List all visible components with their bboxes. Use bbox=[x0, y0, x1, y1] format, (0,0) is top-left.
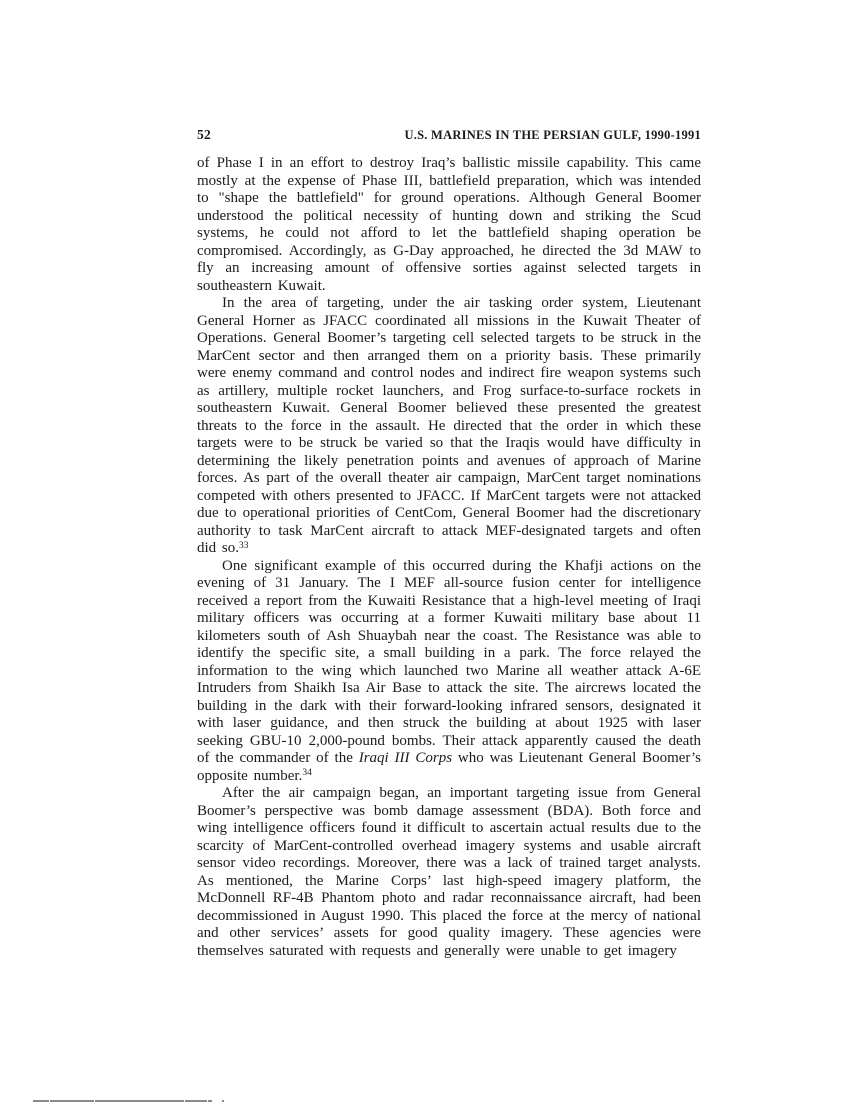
scan-artifact-segment bbox=[50, 1100, 94, 1102]
body-text: of Phase I in an effort to destroy Iraq’… bbox=[197, 155, 701, 960]
scan-artifact-segment bbox=[33, 1100, 49, 1102]
scan-artifact-line bbox=[0, 1100, 864, 1103]
scan-artifact-segment bbox=[95, 1100, 184, 1102]
text-run: One significant example of this occurred… bbox=[197, 558, 701, 767]
footnote-reference: 33 bbox=[239, 541, 249, 551]
text-run: In the area of targeting, under the air … bbox=[197, 295, 701, 556]
page-number: 52 bbox=[197, 127, 211, 143]
paragraph: In the area of targeting, under the air … bbox=[197, 295, 701, 558]
paragraph: One significant example of this occurred… bbox=[197, 558, 701, 786]
running-header: 52 U.S. MARINES IN THE PERSIAN GULF, 199… bbox=[197, 127, 701, 143]
scan-artifact-segment bbox=[208, 1100, 212, 1102]
paragraph: of Phase I in an effort to destroy Iraq’… bbox=[197, 155, 701, 295]
scan-artifact-segment bbox=[185, 1100, 207, 1102]
book-page: 52 U.S. MARINES IN THE PERSIAN GULF, 199… bbox=[0, 0, 864, 1105]
text-run: After the air campaign began, an importa… bbox=[197, 785, 701, 959]
text-run: of Phase I in an effort to destroy Iraq’… bbox=[197, 155, 701, 294]
text-run: Iraqi III Corps bbox=[359, 750, 452, 766]
scan-artifact-segment bbox=[222, 1100, 224, 1102]
running-title: U.S. MARINES IN THE PERSIAN GULF, 1990-1… bbox=[404, 128, 701, 143]
footnote-reference: 34 bbox=[302, 768, 312, 778]
paragraph: After the air campaign began, an importa… bbox=[197, 785, 701, 960]
